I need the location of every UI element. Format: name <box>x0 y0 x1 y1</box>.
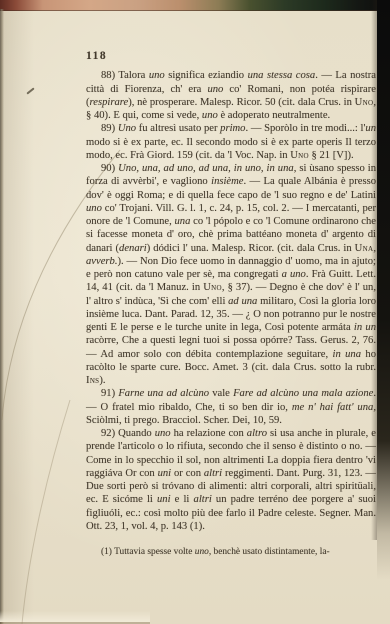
margin-pen-mark <box>26 87 34 94</box>
paragraph-89: 89) Uno fu altresì usato per primo. — Sp… <box>86 122 376 162</box>
page-number: 118 <box>86 50 376 63</box>
text-block: 118 88) Talora uno significa eziandio un… <box>86 50 376 558</box>
paragraph-91: 91) Farne una ad alcùno vale Fare ad alc… <box>86 387 376 427</box>
footnote-1: (1) Tuttavia spesse volte uno, benchè us… <box>86 546 376 558</box>
scan-right-shadow <box>377 0 390 580</box>
paragraph-92: 92) Quando uno ha relazione con altro si… <box>86 427 376 533</box>
paragraph-88: 88) Talora uno significa eziandio una st… <box>86 69 376 122</box>
page-left-edge <box>0 9 4 624</box>
paragraph-90: 90) Uno, una, ad uno, ad una, in uno, in… <box>86 162 376 387</box>
page-bottom-edge <box>0 606 150 624</box>
scanned-book-page: 118 88) Talora uno significa eziandio un… <box>0 0 390 624</box>
book-top-edge <box>0 0 390 11</box>
